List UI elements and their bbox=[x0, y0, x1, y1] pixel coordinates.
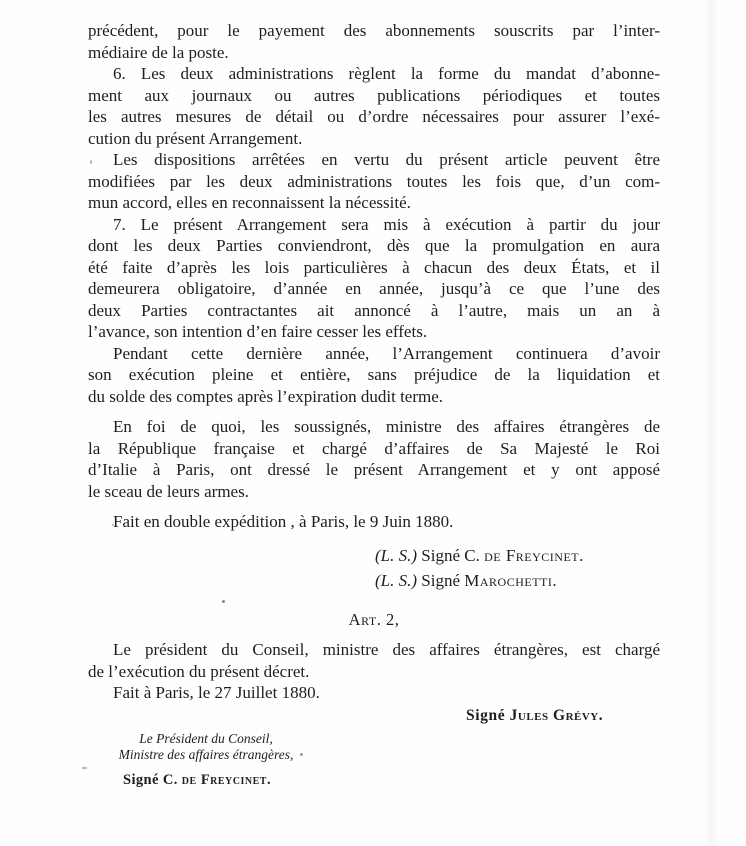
paragraph-fait-double-expedition: Fait en double expédition , à Paris, le … bbox=[88, 511, 660, 533]
text-line: En foi de quoi, les soussignés, ministre… bbox=[88, 416, 660, 438]
text-segment: Signé C. bbox=[417, 546, 484, 565]
attribution-president-conseil: Le Président du Conseil,Ministre des aff… bbox=[100, 731, 312, 763]
text-segment: été faite d’après les lois particulières… bbox=[88, 258, 660, 277]
text-line: médiaire de la poste. bbox=[88, 42, 660, 64]
paragraph-derniere-annee: Pendant cette dernière année, l’Arrangem… bbox=[88, 343, 660, 408]
text-segment: Art. 2, bbox=[349, 610, 400, 629]
text-line: Fait à Paris, le 27 Juillet 1880. bbox=[88, 682, 660, 704]
text-line: d’Italie à Paris, ont dressé le présent … bbox=[88, 459, 660, 481]
signature-freycinet-bottom: Signé C. de Freycinet. bbox=[123, 770, 660, 792]
text-segment: (L. S.) bbox=[375, 546, 417, 565]
text-segment: Signé C. bbox=[123, 772, 182, 788]
text-segment: ment aux journaux ou autres publications… bbox=[88, 86, 660, 105]
paragraph-fait-a-paris: Fait à Paris, le 27 Juillet 1880. bbox=[88, 682, 660, 704]
text-segment: de Freycinet. bbox=[182, 772, 271, 788]
text-line: de l’exécution du présent décret. bbox=[88, 661, 660, 683]
text-line: du solde des comptes après l’expiration … bbox=[88, 386, 660, 408]
text-segment: du solde des comptes après l’expiration … bbox=[88, 387, 443, 406]
text-segment: Ministre des affaires étrangères, bbox=[119, 747, 294, 762]
text-line: ment aux journaux ou autres publications… bbox=[88, 85, 660, 107]
text-segment: (L. S.) bbox=[375, 571, 417, 590]
text-segment: cution du présent Arrangement. bbox=[88, 129, 302, 148]
text-line: deux Parties contractantes ait annoncé à… bbox=[88, 300, 660, 322]
text-segment: Pendant cette dernière année, l’Arrangem… bbox=[113, 344, 660, 363]
text-line: le sceau de leurs armes. bbox=[88, 481, 660, 503]
text-segment: de l’exécution du présent décret. bbox=[88, 662, 309, 681]
scanned-document-page: précédent, pour le payement des abonneme… bbox=[0, 0, 746, 846]
text-line: mun accord, elles en reconnaissent la né… bbox=[88, 192, 660, 214]
text-line: la République française et chargé d’affa… bbox=[88, 438, 660, 460]
signature-jules-grevy: Signé Jules Grévy. bbox=[466, 705, 660, 726]
text-line: précédent, pour le payement des abonneme… bbox=[88, 20, 660, 42]
text-line: Pendant cette dernière année, l’Arrangem… bbox=[88, 343, 660, 365]
text-segment: son exécution pleine et entière, sans pr… bbox=[88, 365, 660, 384]
text-segment: Jules Grévy. bbox=[510, 707, 603, 724]
text-segment: dont les deux Parties conviendront, dès … bbox=[88, 236, 660, 255]
text-line: dont les deux Parties conviendront, dès … bbox=[88, 235, 660, 257]
paragraph-en-foi-de-quoi: En foi de quoi, les soussignés, ministre… bbox=[88, 416, 660, 502]
text-line: 6. Les deux administrations règlent la f… bbox=[88, 63, 660, 85]
text-segment: Les dispositions arrêtées en vertu du pr… bbox=[113, 150, 660, 169]
ink-speck bbox=[300, 753, 303, 756]
text-segment: modifiées par les deux administrations t… bbox=[88, 172, 660, 191]
text-line: l’avance, son intention d’en faire cesse… bbox=[88, 321, 660, 343]
text-line: (L. S.) Signé C. de Freycinet. bbox=[375, 543, 660, 568]
text-line: Signé Jules Grévy. bbox=[466, 705, 660, 726]
ink-speck bbox=[90, 160, 92, 164]
text-segment: médiaire de la poste. bbox=[88, 43, 229, 62]
text-line: son exécution pleine et entière, sans pr… bbox=[88, 364, 660, 386]
text-segment: Marochetti. bbox=[464, 571, 557, 590]
ink-speck bbox=[265, 666, 267, 668]
text-segment: de Freycinet. bbox=[484, 546, 584, 565]
text-line: demeurera obligatoire, d’année en année,… bbox=[88, 278, 660, 300]
text-line: Le Président du Conseil, bbox=[100, 731, 312, 747]
text-segment: Fait à Paris, le 27 Juillet 1880. bbox=[113, 683, 320, 702]
text-line: Fait en double expédition , à Paris, le … bbox=[88, 511, 660, 533]
text-line: été faite d’après les lois particulières… bbox=[88, 257, 660, 279]
text-segment: la République française et chargé d’affa… bbox=[88, 439, 660, 458]
text-line: Signé C. de Freycinet. bbox=[123, 770, 660, 792]
ink-speck bbox=[112, 524, 114, 526]
text-line: 7. Le présent Arrangement sera mis à exé… bbox=[88, 214, 660, 236]
ink-speck bbox=[82, 767, 87, 769]
text-segment: Le Président du Conseil, bbox=[139, 731, 273, 746]
document-blocks: précédent, pour le payement des abonneme… bbox=[88, 20, 660, 791]
text-segment: Signé bbox=[466, 707, 510, 724]
text-segment: 7. Le présent Arrangement sera mis à exé… bbox=[113, 215, 660, 234]
text-segment: d’Italie à Paris, ont dressé le présent … bbox=[88, 460, 660, 479]
text-segment: 6. Les deux administrations règlent la f… bbox=[113, 64, 660, 83]
paragraph-article-6: 6. Les deux administrations règlent la f… bbox=[88, 63, 660, 149]
text-line: les autres mesures de détail ou d’ordre … bbox=[88, 106, 660, 128]
paragraph-president-conseil: Le président du Conseil, ministre des af… bbox=[88, 639, 660, 682]
text-segment: le sceau de leurs armes. bbox=[88, 482, 249, 501]
text-line: (L. S.) Signé Marochetti. bbox=[375, 568, 660, 593]
ink-speck bbox=[222, 600, 225, 603]
text-line: Art. 2, bbox=[88, 609, 660, 631]
text-segment: l’avance, son intention d’en faire cesse… bbox=[88, 322, 427, 341]
text-segment: Signé bbox=[417, 571, 464, 590]
text-segment: demeurera obligatoire, d’année en année,… bbox=[88, 279, 660, 298]
text-line: Ministre des affaires étrangères, bbox=[100, 747, 312, 763]
text-segment: En foi de quoi, les soussignés, ministre… bbox=[113, 417, 660, 436]
signature-pair-treaty: (L. S.) Signé C. de Freycinet.(L. S.) Si… bbox=[375, 543, 660, 593]
paragraph-article-7: 7. Le présent Arrangement sera mis à exé… bbox=[88, 214, 660, 343]
paragraph-dispositions: Les dispositions arrêtées en vertu du pr… bbox=[88, 149, 660, 214]
text-line: modifiées par les deux administrations t… bbox=[88, 171, 660, 193]
text-segment: Le président du Conseil, ministre des af… bbox=[113, 640, 660, 659]
text-segment: Fait en double expédition , à Paris, le … bbox=[113, 512, 453, 531]
paragraph-intro-continuation: précédent, pour le payement des abonneme… bbox=[88, 20, 660, 63]
text-segment: les autres mesures de détail ou d’ordre … bbox=[88, 107, 660, 126]
article-2-heading: Art. 2, bbox=[88, 609, 660, 631]
text-line: Le président du Conseil, ministre des af… bbox=[88, 639, 660, 661]
text-line: cution du présent Arrangement. bbox=[88, 128, 660, 150]
text-segment: précédent, pour le payement des abonneme… bbox=[88, 21, 660, 40]
text-segment: mun accord, elles en reconnaissent la né… bbox=[88, 193, 411, 212]
text-segment: deux Parties contractantes ait annoncé à… bbox=[88, 301, 660, 320]
text-line: Les dispositions arrêtées en vertu du pr… bbox=[88, 149, 660, 171]
